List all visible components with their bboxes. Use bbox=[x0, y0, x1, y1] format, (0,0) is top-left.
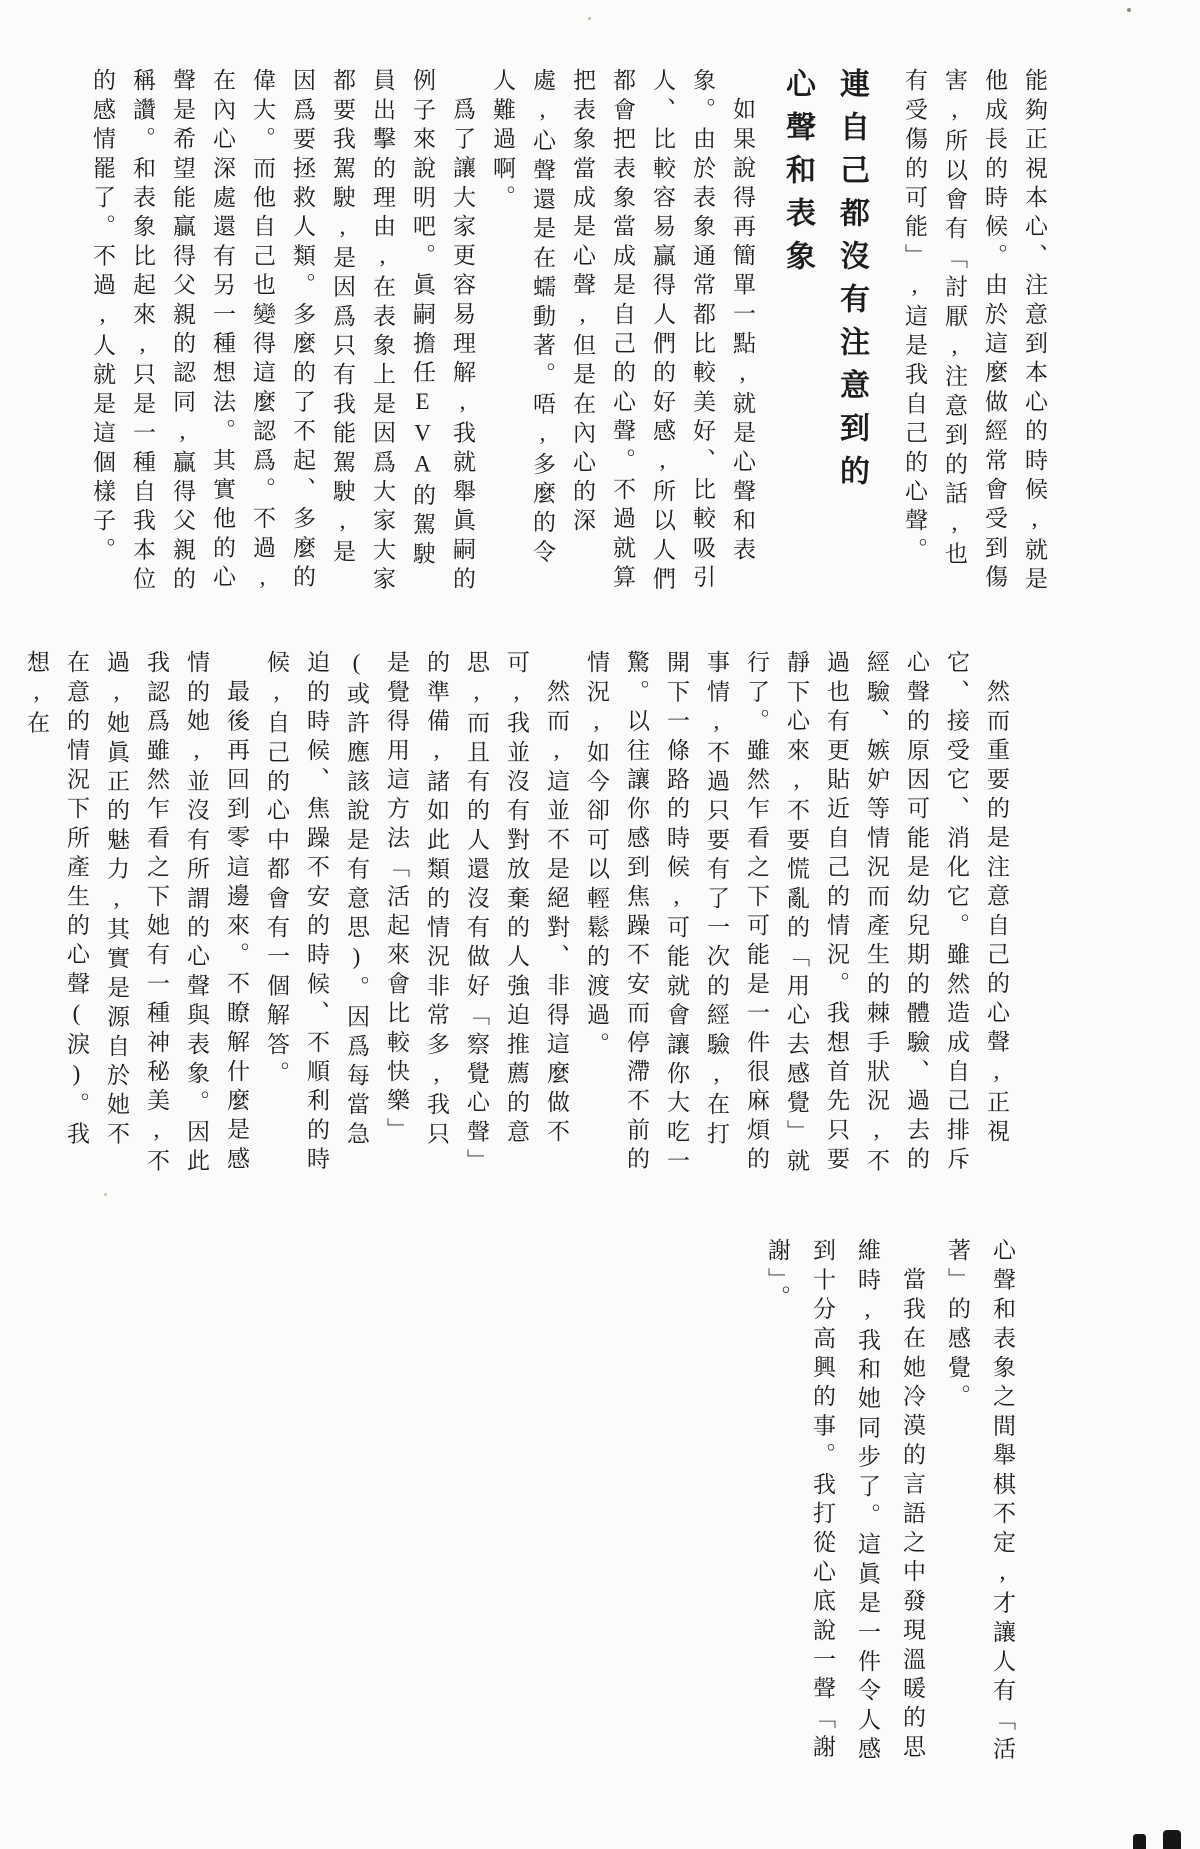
paragraph: 然而重要的是注意自己的心聲,正視它、接受它、消化它。雖然造成自己排斥心聲的原因可… bbox=[576, 650, 1016, 1178]
page: 能夠正視本心、注意到本心的時候,就是他成長的時候。由於這麼做經常會受到傷害,所以… bbox=[0, 0, 1200, 1849]
text-frame-top: 能夠正視本心、注意到本心的時候,就是他成長的時候。由於這麼做經常會受到傷害,所以… bbox=[14, 68, 1054, 596]
paragraph: 當我在她冷漠的言語之中發現溫暖的思維時,我和她同步了。這眞是一件令人感到十分高興… bbox=[755, 1238, 935, 1766]
paragraph: 最後再回到零這邊來。不瞭解什麼是感情的她,並沒有所謂的心聲與表象。因此我認爲雖然… bbox=[16, 650, 256, 1178]
paragraph: 然而,這並不是絕對、非得這麼做不可,我並沒有對放棄的人強迫推薦的意思,而且有的人… bbox=[256, 650, 576, 1178]
intro-paragraph: 能夠正視本心、注意到本心的時候,就是他成長的時候。由於這麼做經常會受到傷害,所以… bbox=[894, 68, 1054, 596]
scan-artifact-corner bbox=[1163, 1830, 1181, 1849]
section-title-line1: 連自己都沒有注意到的 bbox=[824, 68, 878, 596]
paragraph: 如果說得再簡單一點,就是心聲和表象。由於表象通常都比較美好、比較吸引人、比較容易… bbox=[482, 68, 762, 596]
paragraph: 爲了讓大家更容易理解,我就舉眞嗣的例子來說明吧。眞嗣擔任EVA的駕駛員出擊的理由… bbox=[82, 68, 482, 596]
section-title: 連自己都沒有注意到的 心聲和表象 bbox=[770, 68, 878, 596]
scan-artifact-corner bbox=[1133, 1834, 1146, 1849]
scan-speckle bbox=[1127, 8, 1131, 12]
text-frame-bottom: 心聲和表象之間舉棋不定,才讓人有「活著」的感覺。 當我在她冷漠的言語之中發現溫暖… bbox=[730, 1238, 1025, 1766]
continuation-paragraph: 心聲和表象之間舉棋不定,才讓人有「活著」的感覺。 bbox=[935, 1238, 1025, 1766]
scan-speckle bbox=[588, 17, 591, 20]
section-title-line2: 心聲和表象 bbox=[770, 68, 824, 596]
text-frame-middle: 然而重要的是注意自己的心聲,正視它、接受它、消化它。雖然造成自己排斥心聲的原因可… bbox=[11, 650, 1016, 1178]
scan-speckle bbox=[104, 1193, 107, 1196]
